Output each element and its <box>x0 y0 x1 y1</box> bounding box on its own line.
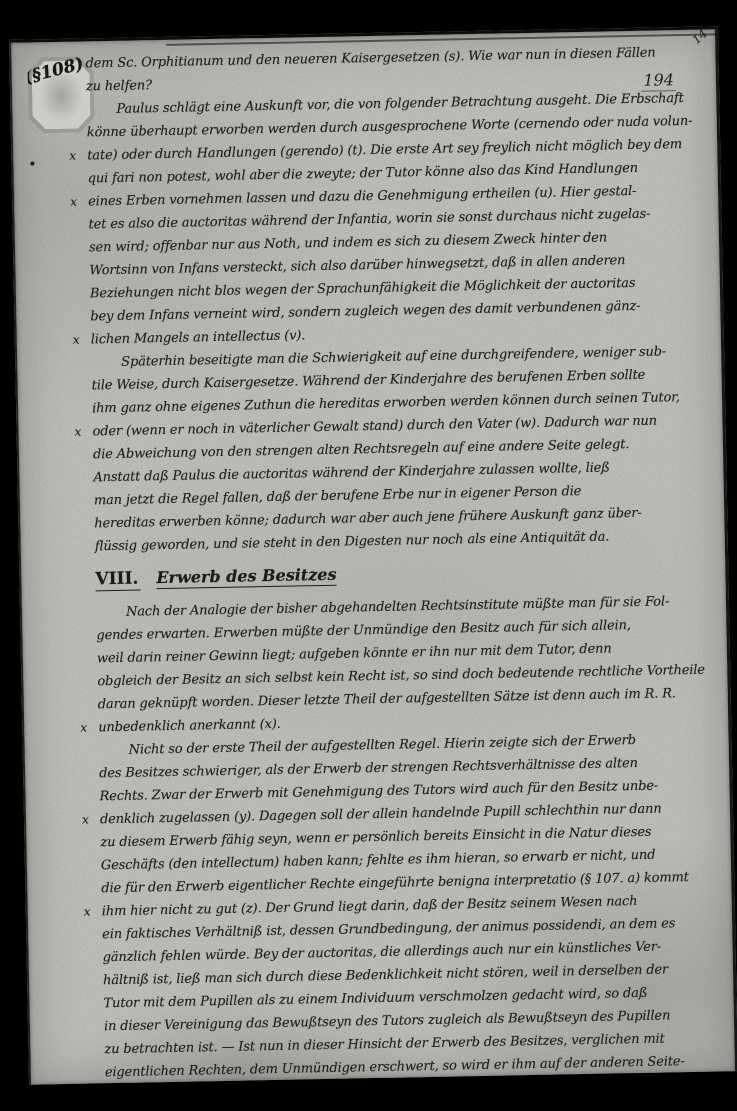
margin-x-mark: x <box>82 809 89 832</box>
stamp-section-number: (§108) <box>22 54 86 88</box>
section-title: Erwerb des Besitzes <box>156 565 337 589</box>
margin-x-mark: x <box>84 901 91 924</box>
margin-x-mark: x <box>73 329 80 352</box>
margin-dot <box>30 161 34 165</box>
manuscript-line-text: zu helfen? <box>86 78 152 94</box>
margin-x-mark: x <box>80 717 87 740</box>
manuscript-line-text: flüssig geworden, und sie steht in den D… <box>95 529 610 554</box>
manuscript-page: (§108) 14 194 dem Sc. Orphitianum und de… <box>9 26 737 1084</box>
section-numeral: VIII. <box>95 568 140 591</box>
margin-x-mark: x <box>69 145 76 168</box>
margin-x-mark: x <box>74 421 81 444</box>
scan-background: (§108) 14 194 dem Sc. Orphitianum und de… <box>0 0 737 1111</box>
manuscript-line-text: lichen Mangels an intellectus (v). <box>91 328 306 347</box>
margin-x-mark: x <box>70 191 77 214</box>
manuscript-line-text: unbedenklich anerkannt (x). <box>98 717 281 735</box>
manuscript-text: dem Sc. Orphitianum und den neueren Kais… <box>85 40 727 1084</box>
